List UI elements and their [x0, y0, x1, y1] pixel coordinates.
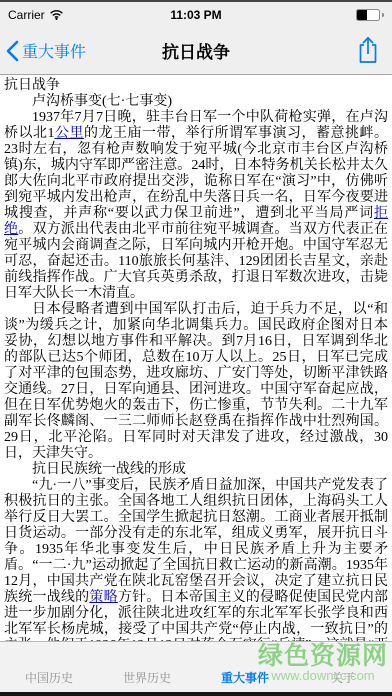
text-run: 卢沟桥事变(七·七事变)	[32, 94, 172, 109]
chevron-left-icon	[6, 40, 19, 62]
tab-china-history[interactable]: 中国历史	[0, 642, 98, 692]
inline-link[interactable]: 公里	[55, 126, 85, 141]
tab-label: 重大事件	[221, 669, 269, 686]
battery-cap	[382, 13, 384, 17]
status-right	[356, 9, 384, 21]
nav-bar: 重大事件 抗日战争	[0, 27, 392, 74]
paragraph: “九·一八”事变后，民族矛盾日益加深，中国共产党发表了积极抗日的主张。全国各地工…	[4, 478, 388, 641]
text-run: 抗日民族统一战线的形成	[32, 462, 186, 477]
screen-bottom-edge	[0, 692, 392, 696]
paragraph: 日本侵略者遭到中国军队打击后，迫于兵力不足，以“和谈”为缓兵之计，加紧向华北调集…	[4, 302, 388, 462]
inline-link[interactable]: 策略	[89, 590, 117, 605]
tab-world-history[interactable]: 世界历史	[98, 642, 196, 692]
tab-major-events[interactable]: 重大事件	[196, 642, 294, 692]
text-run: “九·一八”事变后，民族矛盾日益加深，中国共产党发表了积极抗日的主张。全国各地工…	[4, 478, 388, 605]
share-button[interactable]	[356, 35, 380, 65]
text-run: 日本侵略者遭到中国军队打击后，迫于兵力不足，以“和谈”为缓兵之计，加紧向华北调集…	[4, 302, 388, 461]
share-icon	[356, 35, 380, 65]
status-bar: Carrier 11:03 PM	[0, 2, 392, 27]
tab-bar: 中国历史 世界历史 重大事件 关于	[0, 641, 392, 692]
paragraph: 抗日战争	[4, 78, 388, 94]
app-screen: Carrier 11:03 PM	[0, 0, 392, 696]
back-button[interactable]: 重大事件	[6, 27, 86, 74]
paragraph: 抗日民族统一战线的形成	[4, 462, 388, 478]
back-button-label: 重大事件	[22, 39, 86, 62]
clock: 11:03 PM	[0, 8, 392, 22]
tab-about[interactable]: 关于	[294, 642, 392, 692]
battery-icon	[356, 9, 380, 21]
tab-label: 中国历史	[25, 669, 73, 686]
paragraph: 1937年7月7日晚，驻丰台日军一个中队荷枪实弹，在卢沟桥以北1公里的龙王庙一带…	[4, 110, 388, 302]
paragraph: 卢沟桥事变(七·七事变)	[4, 94, 388, 110]
page-title: 抗日战争	[162, 38, 230, 63]
text-run: 抗日战争	[4, 78, 60, 93]
article: 抗日战争卢沟桥事变(七·七事变)1937年7月7日晚，驻丰台日军一个中队荷枪实弹…	[0, 75, 392, 641]
header: Carrier 11:03 PM	[0, 2, 392, 75]
tab-label: 世界历史	[123, 669, 171, 686]
tab-label: 关于	[331, 669, 355, 686]
text-run: 。双方派出代表由北平市前往宛平城调查。当双方代表正在宛平城内会商调查之际，日军向…	[4, 222, 388, 301]
